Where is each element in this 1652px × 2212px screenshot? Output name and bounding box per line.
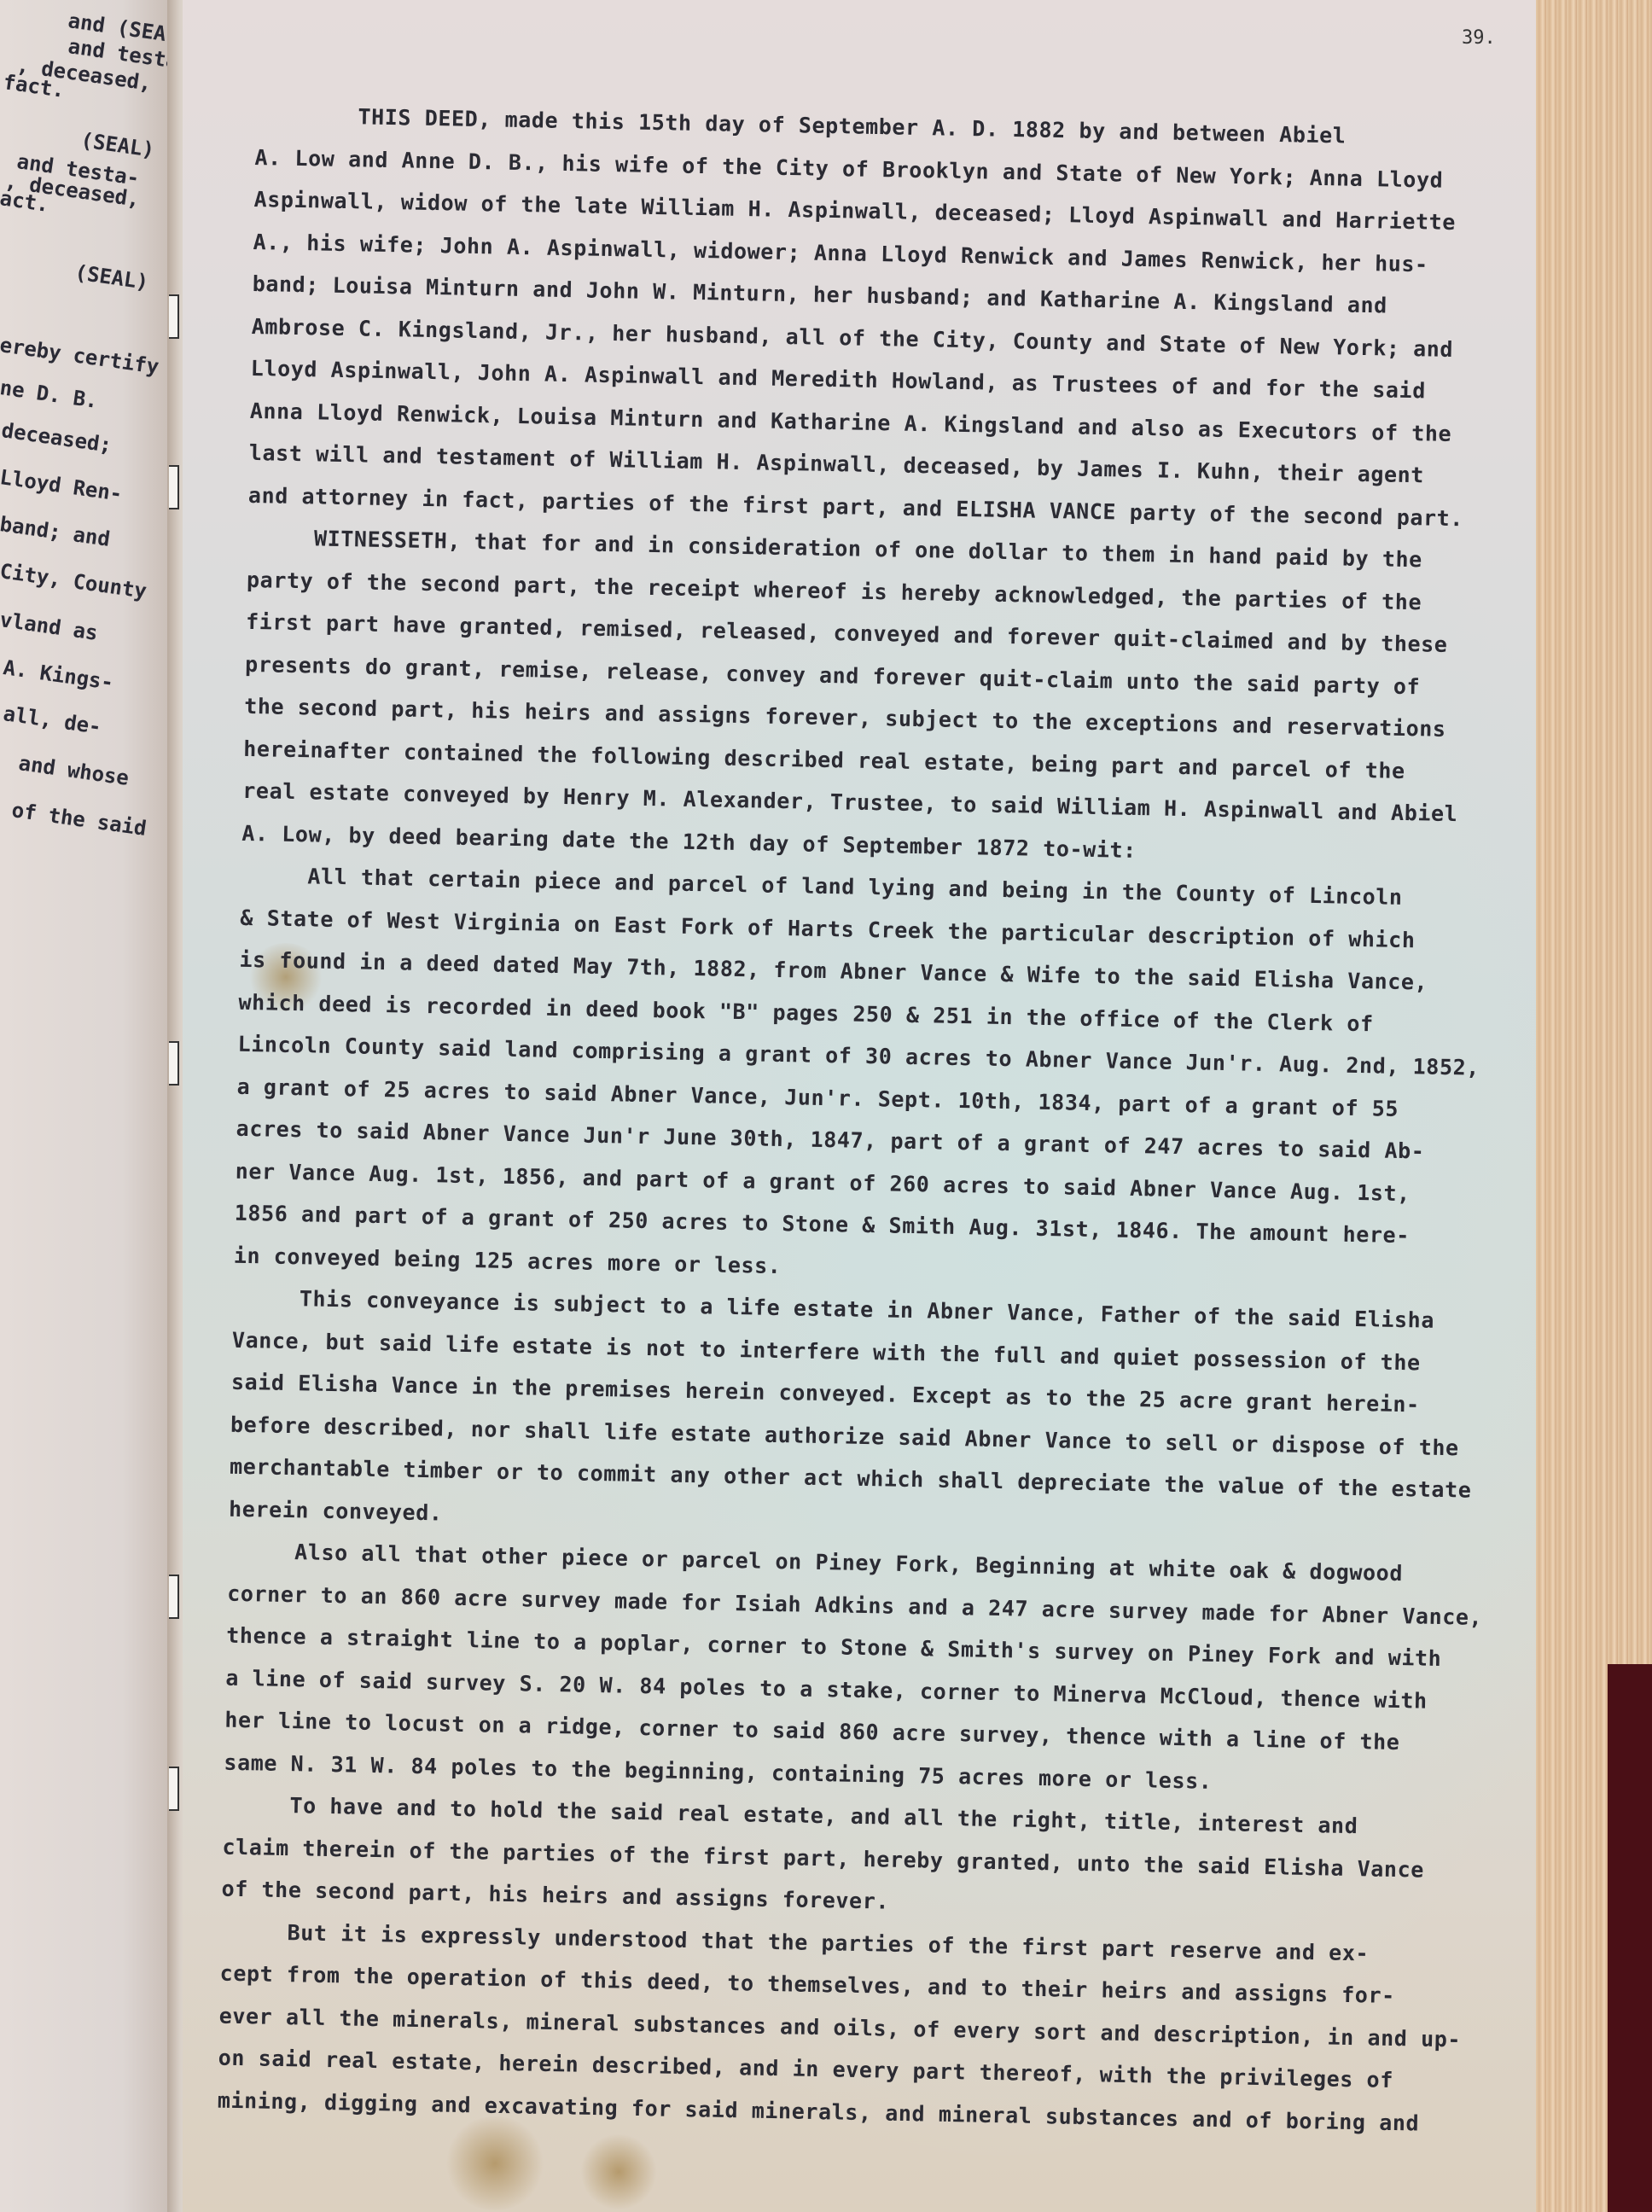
facing-page-text: A. Kings- [2,655,115,695]
facing-page-text: (SEAL) [73,260,150,294]
facing-page-text: vland as [0,608,99,645]
page-number: 39. [1462,27,1496,49]
facing-page-text: ne D. B. [0,375,99,413]
facing-page-text: band; and [0,512,112,551]
facing-page-text: (SEAL) [79,128,156,162]
page-tab-marker [169,465,179,509]
page-tab-marker [169,1041,179,1086]
facing-page-text: City, County [0,559,148,603]
facing-page-text: of the said [10,798,148,841]
page-tab-marker [169,1767,179,1811]
page-tab-marker [169,1575,179,1619]
facing-page-text: Lloyd Ren- [0,465,124,506]
stain [444,2116,546,2210]
facing-page: and (SEAL) and testa- , deceased, fact. … [0,0,175,2212]
facing-page-text: and whose [17,751,131,790]
facing-page-text: ereby certify [0,333,160,379]
book-cover [1608,1664,1652,2212]
page-tab-marker [169,294,179,339]
stain [580,2133,657,2210]
facing-page-text: all, de- [2,701,102,739]
deed-text: THIS DEED, made this 15th day of Septemb… [217,94,1492,2145]
facing-page-text: deceased; [0,418,113,457]
